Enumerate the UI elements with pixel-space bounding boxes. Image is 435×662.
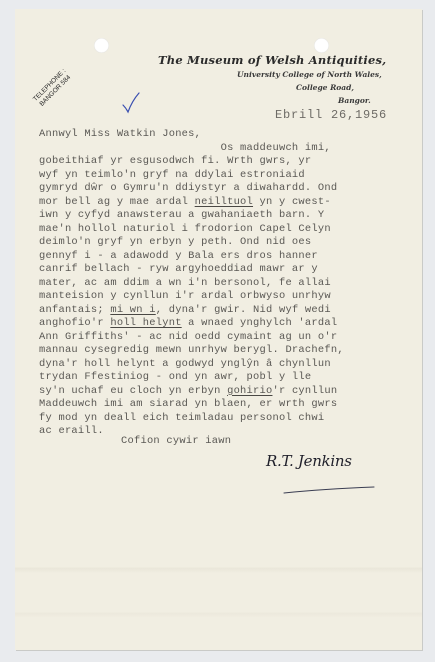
signature-flourish-icon bbox=[283, 486, 375, 494]
body-line: Os maddeuwch imi, bbox=[39, 142, 344, 156]
letter-date: Ebrill 26,1956 bbox=[275, 109, 387, 123]
body-line: canrif bellach - ryw argyhoeddiad mawr a… bbox=[39, 263, 344, 277]
body-text-segment: anfantais; bbox=[39, 304, 110, 316]
letter-body: Annwyl Miss Watkin Jones, Os maddeuwch i… bbox=[39, 128, 344, 439]
body-text-segment: sy'n uchaf eu cloch yn erbyn bbox=[39, 385, 227, 397]
body-line: fy mod yn deall eich teimladau personol … bbox=[39, 412, 344, 426]
letterhead-title: The Museum of Welsh Antiquities, bbox=[158, 53, 386, 67]
underlined-word: neilltuol bbox=[195, 196, 253, 208]
handwritten-signature: R.T. Jenkins bbox=[266, 452, 352, 470]
letterhead-address-3: Bangor. bbox=[338, 96, 371, 105]
body-line: iwn y cyfyd anawsterau a gwahaniaeth bar… bbox=[39, 209, 344, 223]
body-text-segment: yn y cwest- bbox=[253, 196, 331, 208]
body-line: manteision y cynllun i'r ardal orbwyso u… bbox=[39, 290, 344, 304]
body-line: anghofio'r holl helynt a wnaed ynghylch … bbox=[39, 317, 344, 331]
body-text-segment: 'r cynllun bbox=[272, 385, 337, 397]
underlined-word: gohirio bbox=[227, 385, 272, 397]
punch-hole-left bbox=[94, 38, 109, 53]
body-line: mannau cysegredig mewn unrhyw berygl. Dr… bbox=[39, 344, 344, 358]
body-text-segment: anghofio'r bbox=[39, 317, 110, 329]
underlined-phrase: holl helynt bbox=[110, 317, 181, 329]
body-text-segment: mor bell ag y mae ardal bbox=[39, 196, 195, 208]
punch-hole-right bbox=[314, 38, 329, 53]
body-line: gobeithiaf yr esgusodwch fi. Wrth gwrs, … bbox=[39, 155, 344, 169]
body-line: dyna'r holl helynt a godwyd ynglŷn â chy… bbox=[39, 358, 344, 372]
body-line: mae'n hollol naturiol i frodorion Capel … bbox=[39, 223, 344, 237]
body-line: mater, ac am ddim a wn i'n bersonol, fe … bbox=[39, 277, 344, 291]
underlined-phrase: mi wn i bbox=[110, 304, 155, 316]
closing: Cofion cywir iawn bbox=[121, 435, 231, 449]
body-line: Ann Griffiths' - ac nid oedd cymaint ag … bbox=[39, 331, 344, 345]
body-line: gymryd dŵr o Gymru'n ddiystyr a diwahard… bbox=[39, 182, 344, 196]
body-line: deimlo'n gryf yn erbyn y peth. Ond nid o… bbox=[39, 236, 344, 250]
body-line: Maddeuwch imi am siarad yn blaen, er wrt… bbox=[39, 398, 344, 412]
body-line: trydan Ffestiniog - ond yn awr, pobl y l… bbox=[39, 371, 344, 385]
salutation: Annwyl Miss Watkin Jones, bbox=[39, 128, 344, 142]
body-line: gennyf i - a adawodd y Bala ers dros han… bbox=[39, 250, 344, 264]
body-text-segment: a wnaed ynghylch 'ardal bbox=[182, 317, 338, 329]
body-line: anfantais; mi wn i, dyna'r gwir. Nid wyf… bbox=[39, 304, 344, 318]
letterhead-address-2: College Road, bbox=[296, 83, 354, 92]
body-line: mor bell ag y mae ardal neilltuol yn y c… bbox=[39, 196, 344, 210]
check-mark-icon bbox=[121, 92, 141, 114]
body-line: wyf yn teimlo'n gryf na ddylai estroniai… bbox=[39, 169, 344, 183]
body-text-segment: , dyna'r gwir. Nid wyf wedi bbox=[156, 304, 331, 316]
letterhead-address-1: University College of North Wales, bbox=[237, 70, 382, 79]
body-line: sy'n uchaf eu cloch yn erbyn gohirio'r c… bbox=[39, 385, 344, 399]
